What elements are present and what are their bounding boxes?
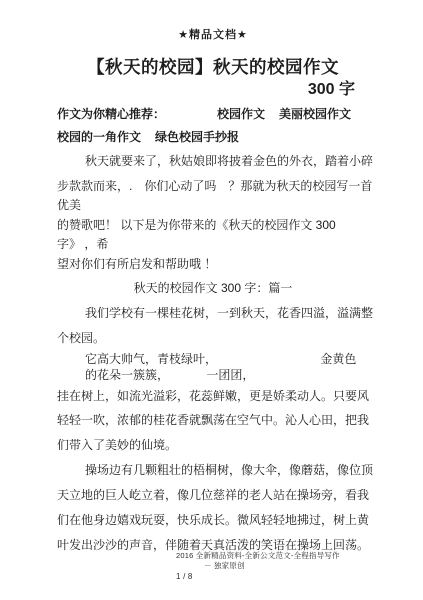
body-line: 天立地的巨人屹立着，像几位慈祥的老人站在操场旁，看我 — [57, 483, 369, 508]
body-line-segment: 的花朵一簇簇， — [85, 368, 169, 382]
body-line: 字》 ，希 — [57, 237, 369, 253]
recommend-link-green-campus-paper[interactable]: 绿色校园手抄报 — [155, 126, 239, 149]
body-line-segment: 金黄色 — [320, 352, 356, 366]
title-word-count: 300 字 — [57, 80, 369, 100]
body-line-segment: 它高大帅气，青枝绿叶， — [85, 352, 217, 366]
body-line: 们带入了美妙的仙境。 — [57, 433, 369, 458]
body-line-segment: 一团团， — [206, 368, 254, 382]
body-line: 步款款而来，. 你们心动了吗 ？那就为秋天的校园写一首 — [57, 174, 369, 199]
body-line: 的赞歌吧！ 以下是为你带来的《秋天的校园作文 300 — [57, 214, 369, 237]
spacer — [141, 126, 155, 149]
recommend-link-campus-corner-essay[interactable]: 校园的一角作文 — [57, 126, 141, 149]
body-line: 秋天就要来了，秋姑娘即将披着金色的外衣，踏着小碎 — [57, 149, 369, 174]
page-footer: 2016 全新精品资料-全新公文范文-全程指导写作 － 独家原创 1 / 8 — [176, 550, 340, 582]
page-number: 1 / 8 — [176, 572, 340, 582]
recommend-label: 作文为你精心推荐： — [57, 103, 165, 126]
section-heading: 秋天的校园作文 300 字：篇一 — [57, 276, 369, 301]
page-title: 【秋天的校园】秋天的校园作文 — [57, 54, 369, 80]
recommend-link-campus-essay[interactable]: 校园作文 — [217, 103, 265, 126]
body-line: 个校园。 — [57, 326, 369, 351]
body-line: 轻轻一吹，浓郁的桂花香就飘荡在空气中。沁人心田，把我 — [57, 408, 369, 433]
body-line: 挂在树上，如流光溢彩，花蕊鲜嫩，更是娇柔动人。只要风 — [57, 384, 369, 408]
recommend-row-2: 校园的一角作文 绿色校园手抄报 — [57, 126, 369, 149]
doc-badge: ★精品文档★ — [57, 26, 369, 44]
recommend-link-beautiful-campus-essay[interactable]: 美丽校园作文 — [279, 103, 351, 126]
body-line: 它高大帅气，青枝绿叶， 金黄色 — [57, 351, 369, 368]
body-line: 操场边有几颗粗壮的梧桐树，像大伞，像蘑菇，像位顶 — [57, 458, 369, 483]
body-line: 优美 — [57, 199, 369, 214]
body-line: 们在他身边嬉戏玩耍，快乐成长。微风轻轻地拂过，树上黄 — [57, 508, 369, 533]
body-line: 我们学校有一棵桂花树，一到秋天，花香四溢，溢满整 — [57, 301, 369, 326]
footer-line-1: 2016 全新精品资料-全新公文范文-全程指导写作 — [176, 550, 340, 561]
spacer — [165, 103, 217, 126]
footer-line-2: － 独家原创 — [176, 561, 340, 571]
document-page: ★精品文档★ 【秋天的校园】秋天的校园作文 300 字 作文为你精心推荐： 校园… — [0, 0, 423, 600]
spacer — [265, 103, 279, 126]
body-line: 的花朵一簇簇， 一团团， — [57, 368, 369, 384]
body-line: 望对你们有所启发和帮助哦 ！ — [57, 253, 369, 276]
recommend-row-1: 作文为你精心推荐： 校园作文 美丽校园作文 — [57, 103, 369, 126]
